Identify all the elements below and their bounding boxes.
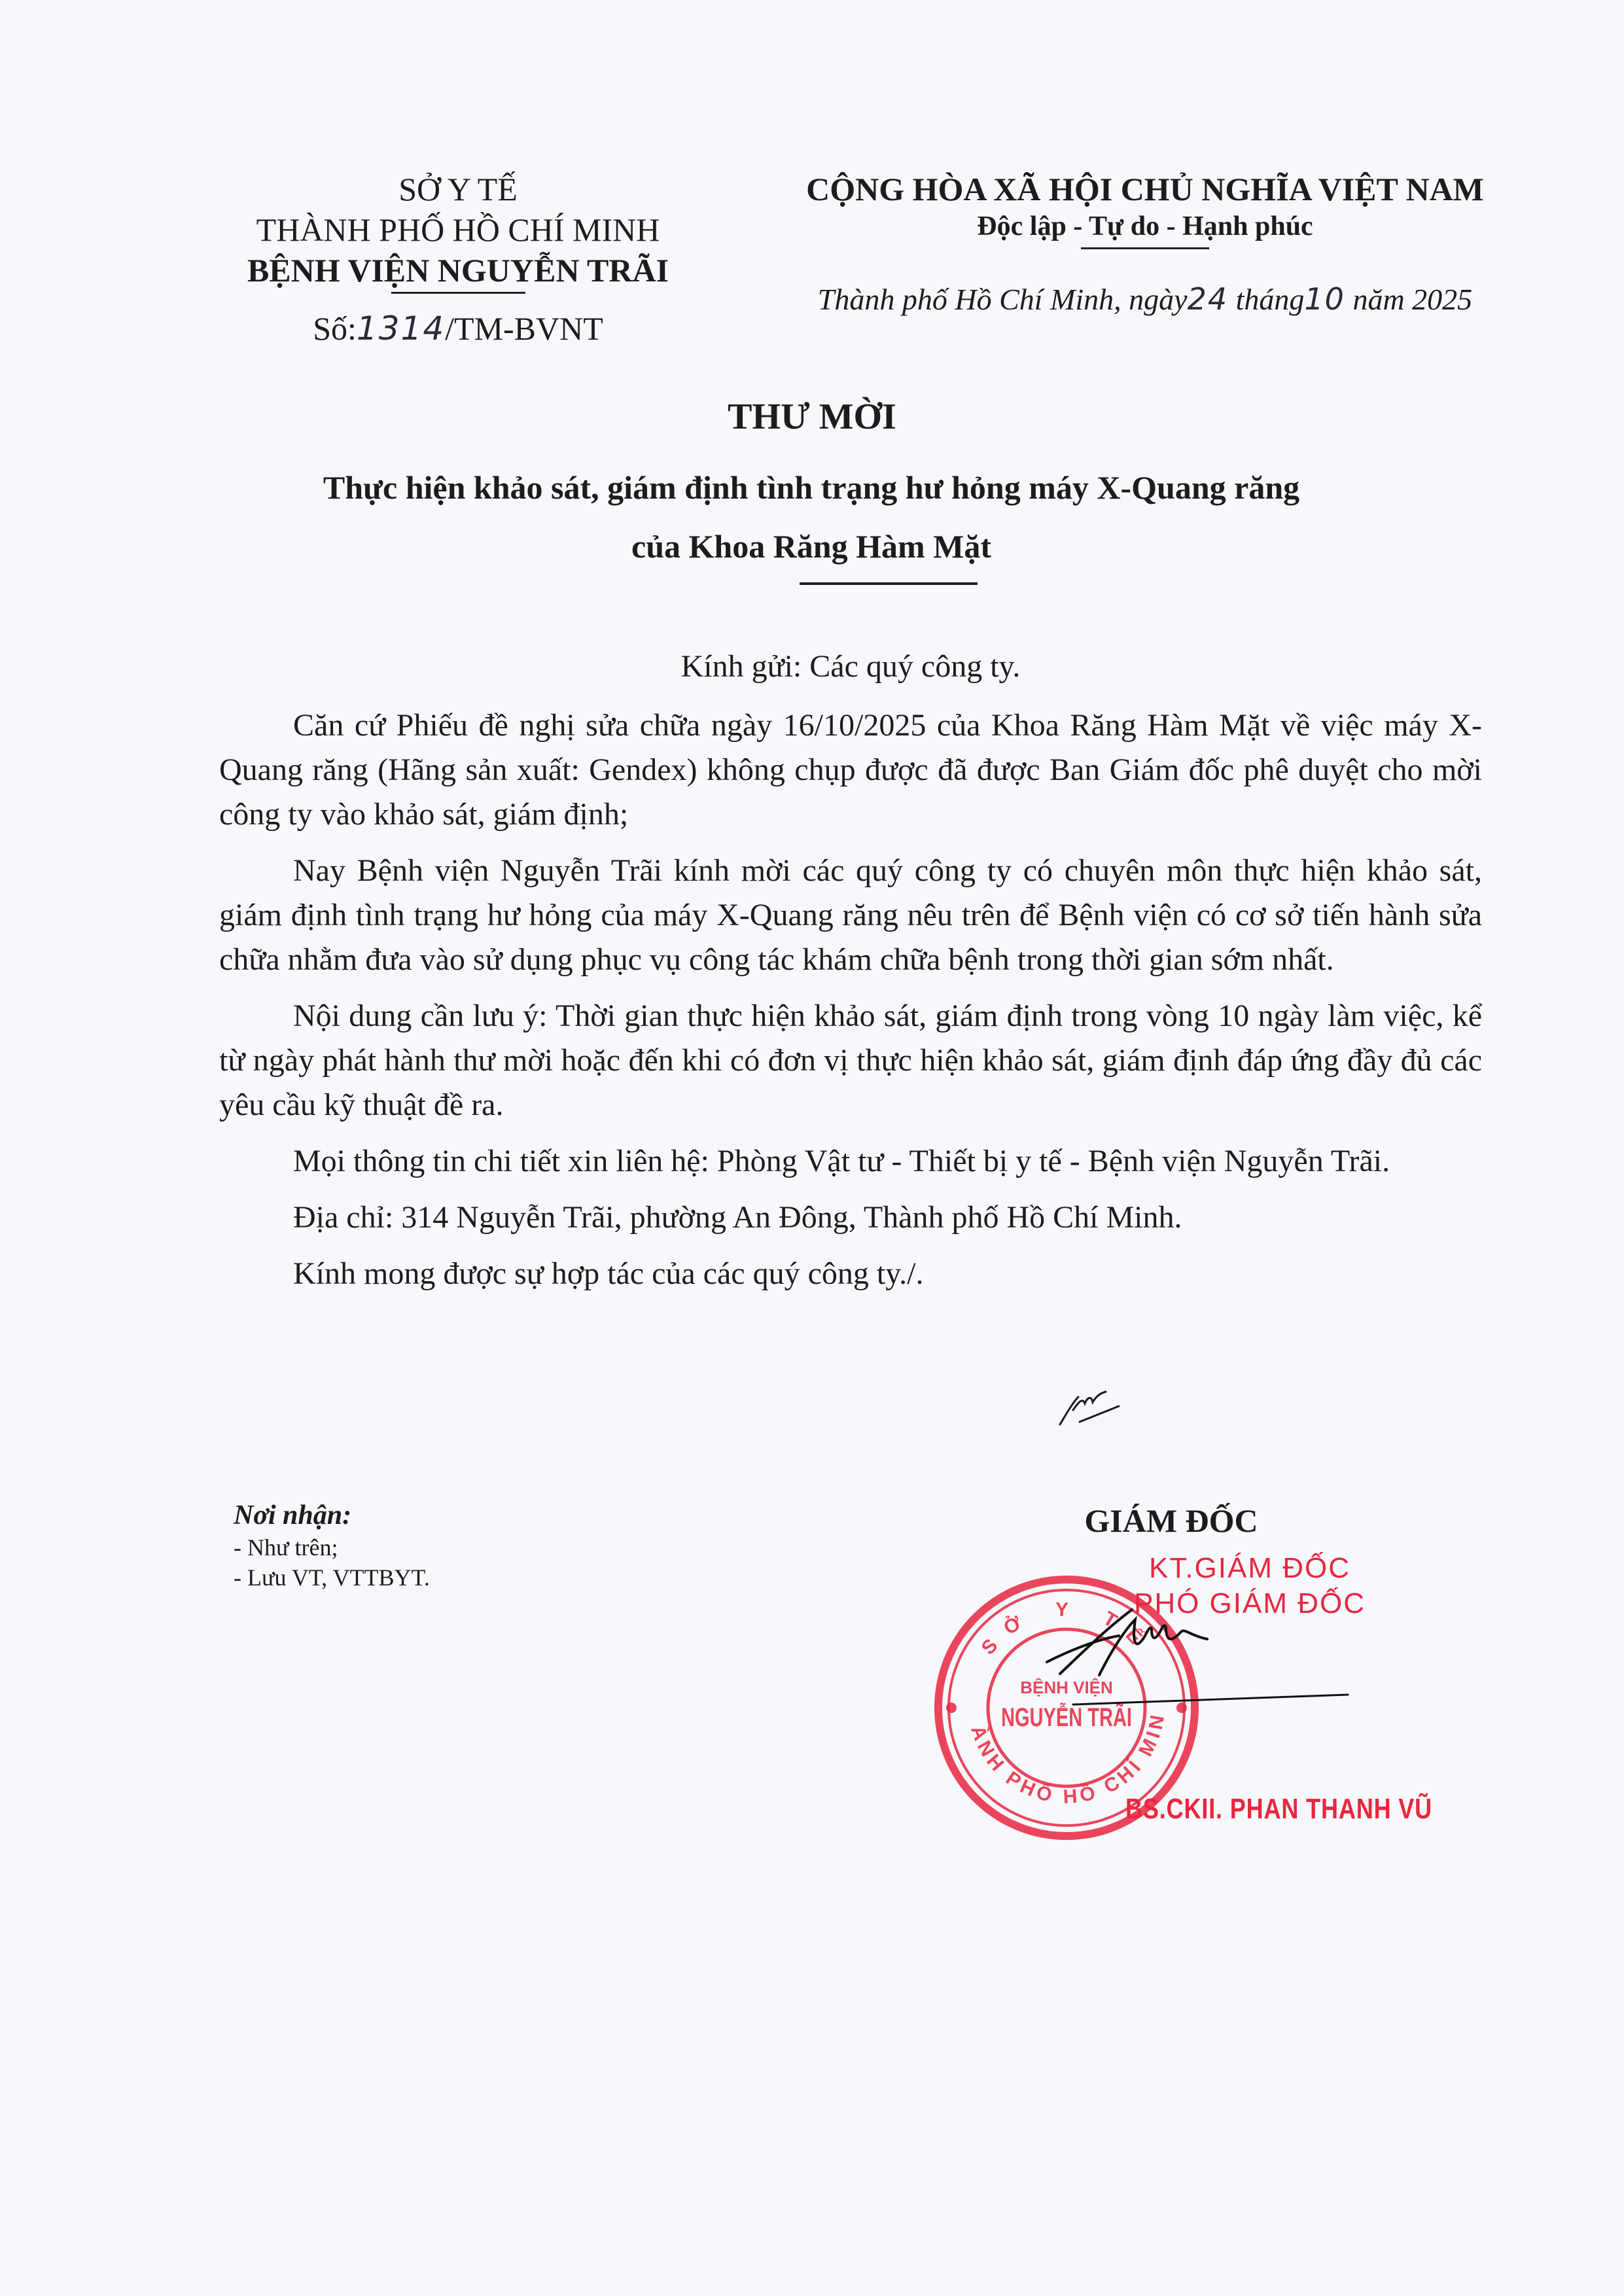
document-number-handwritten: 1314 (357, 309, 445, 347)
place-date-prefix: Thành phố Hồ Chí Minh, ngày (818, 283, 1188, 316)
document-number-prefix: Số: (313, 310, 357, 347)
hospital-name: BỆNH VIỆN NGUYỄN TRÃI (164, 250, 752, 291)
national-motto: Độc lập - Tự do - Hạnh phúc (726, 209, 1564, 243)
paragraph-notes: Nội dung cần lưu ý: Thời gian thực hiện … (219, 994, 1482, 1127)
paragraph-invitation: Nay Bệnh viện Nguyễn Trãi kính mời các q… (219, 849, 1482, 982)
salutation: Kính gửi: Các quý công ty. (219, 645, 1482, 689)
paragraph-contact: Mọi thông tin chi tiết xin liên hệ: Phòn… (219, 1139, 1482, 1184)
national-header: CỘNG HÒA XÃ HỘI CHỦ NGHĨA VIỆT NAM Độc l… (726, 169, 1564, 318)
document-title: THƯ MỜI (0, 396, 1624, 438)
issuer-header: SỞ Y TẾ THÀNH PHỐ HỒ CHÍ MINH BỆNH VIỆN … (164, 169, 752, 349)
handwritten-initial-icon (1053, 1384, 1125, 1430)
document-number: Số:1314/TM-BVNT (164, 308, 752, 349)
handwritten-signature-icon (1021, 1590, 1361, 1714)
title-divider (800, 582, 978, 585)
signer-name: BS.CKII. PHAN THANH VŨ (1125, 1793, 1432, 1826)
motto-underline (1081, 247, 1209, 249)
paragraph-address: Địa chỉ: 314 Nguyễn Trãi, phường An Đông… (219, 1195, 1482, 1240)
month-handwritten: 10 (1304, 281, 1345, 317)
subtitle-line-2: của Khoa Răng Hàm Mặt (164, 517, 1459, 576)
document-page: SỞ Y TẾ THÀNH PHỐ HỒ CHÍ MINH BỆNH VIỆN … (0, 0, 1624, 2296)
year-text: năm 2025 (1352, 283, 1472, 316)
recipients-block: Nơi nhận: - Như trên; - Lưu VT, VTTBYT. (234, 1498, 430, 1593)
signer-title: GIÁM ĐỐC (1021, 1502, 1322, 1540)
republic-title: CỘNG HÒA XÃ HỘI CHỦ NGHĨA VIỆT NAM (726, 169, 1564, 209)
document-subtitle: Thực hiện khảo sát, giám định tình trạng… (164, 458, 1459, 576)
subtitle-line-1: Thực hiện khảo sát, giám định tình trạng… (164, 458, 1459, 517)
document-number-suffix: /TM-BVNT (445, 310, 603, 347)
letter-body: Kính gửi: Các quý công ty. Căn cứ Phiếu … (219, 645, 1482, 1308)
recipient-item: - Như trên; (234, 1532, 430, 1563)
place-and-date: Thành phố Hồ Chí Minh, ngày24 tháng10 nă… (726, 281, 1564, 318)
recipient-item: - Lưu VT, VTTBYT. (234, 1563, 430, 1593)
month-label: tháng (1236, 283, 1305, 316)
hospital-underline (391, 292, 525, 294)
recipients-label: Nơi nhận: (234, 1498, 430, 1532)
paragraph-basis: Căn cứ Phiếu đề nghị sửa chữa ngày 16/10… (219, 703, 1482, 837)
city-name: THÀNH PHỐ HỒ CHÍ MINH (164, 209, 752, 250)
paragraph-closing: Kính mong được sự hợp tác của các quý cô… (219, 1252, 1482, 1296)
day-handwritten: 24 (1188, 281, 1229, 317)
department-name: SỞ Y TẾ (164, 169, 752, 209)
